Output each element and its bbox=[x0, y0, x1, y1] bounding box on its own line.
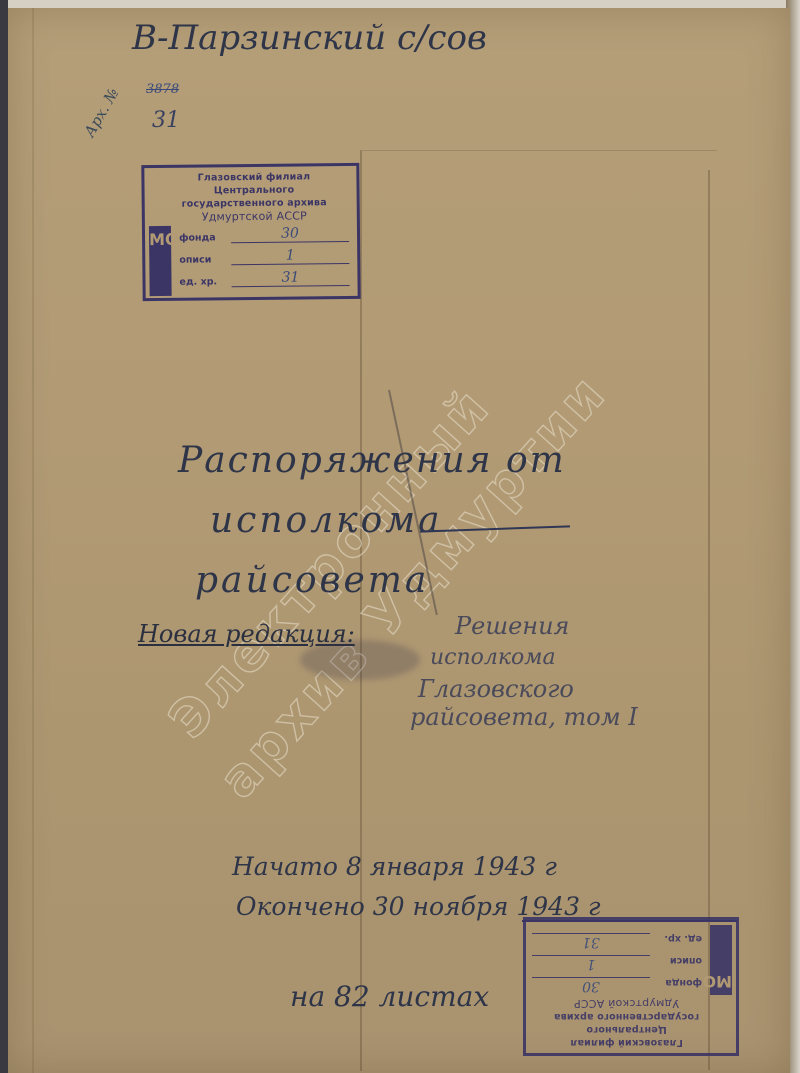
stamp-side-mark: МО bbox=[149, 226, 172, 296]
title-line-2: исполкома bbox=[210, 500, 443, 541]
scan-left-edge bbox=[0, 0, 8, 1073]
new-edition-line-2: исполкома bbox=[430, 645, 556, 670]
date-started: Начато 8 января 1943 г bbox=[232, 852, 557, 881]
fond-value: 30 bbox=[231, 226, 349, 243]
stamp-line-2: государственного архива bbox=[529, 1010, 724, 1023]
stamp-line-1: Глазовский филиал Центрального bbox=[529, 1023, 724, 1049]
item-value: 31 bbox=[532, 933, 650, 949]
stamp-field-fond: фонда 30 bbox=[532, 977, 702, 993]
new-edition-line-3: Глазовского bbox=[418, 675, 574, 703]
ink-smudge bbox=[300, 640, 420, 680]
archive-number: Арх. № 3878 31 bbox=[96, 82, 216, 172]
stamp-field-opis: описи 1 bbox=[532, 955, 702, 971]
title-line-1: Распоряжения от bbox=[178, 440, 566, 481]
fond-value: 30 bbox=[532, 977, 650, 993]
archive-stamp-top: Глазовский филиал Центрального государст… bbox=[141, 163, 360, 301]
village-council-heading: В-Парзинский с/сов bbox=[132, 18, 487, 58]
stamp-side-mark: МО bbox=[710, 925, 732, 995]
spine-fold bbox=[32, 8, 34, 1073]
archive-stamp-bottom: Глазовский филиал Центрального государст… bbox=[523, 917, 739, 1056]
new-edition-line-1: Решения bbox=[455, 612, 569, 640]
archive-number-crossed: 3878 bbox=[146, 82, 179, 97]
title-line-3: райсовета bbox=[195, 560, 429, 601]
stamp-line-3: Удмуртской АССР bbox=[529, 997, 724, 1010]
opis-value: 1 bbox=[532, 955, 650, 971]
stamp-field-item: ед. хр. 31 bbox=[532, 933, 702, 949]
stamp-line-1: Глазовский филиал Центрального bbox=[156, 170, 351, 198]
opis-value: 1 bbox=[231, 248, 349, 265]
stamp-field-item: ед. хр. 31 bbox=[179, 270, 349, 288]
item-value: 31 bbox=[231, 270, 349, 287]
stamp-field-fond: фонда 30 bbox=[179, 226, 349, 244]
archive-number-value: 31 bbox=[152, 108, 180, 133]
new-edition-line-4: райсовета, том I bbox=[410, 703, 638, 731]
stamp-line-2: государственного архива bbox=[157, 196, 352, 211]
stamp-line-3: Удмуртской АССР bbox=[157, 209, 352, 224]
stamp-field-opis: описи 1 bbox=[179, 248, 349, 266]
sheet-count: на 82 листах bbox=[290, 980, 489, 1013]
